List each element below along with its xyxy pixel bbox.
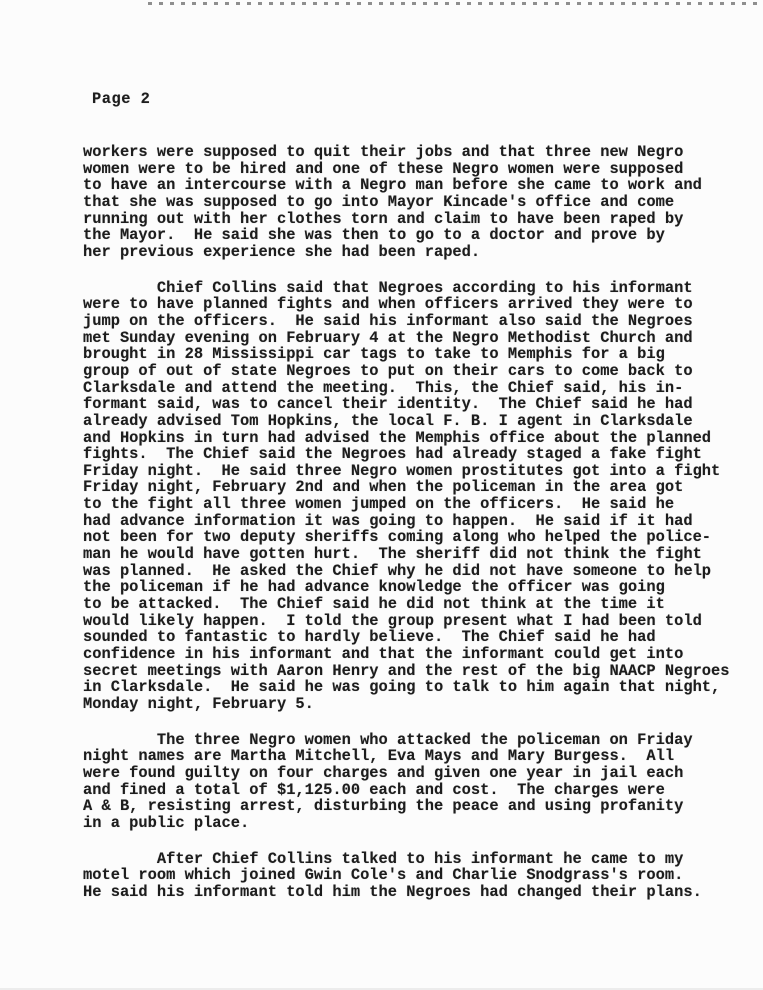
text-line: were found guilty on four charges and gi… [83, 765, 758, 782]
text-line: to have an intercourse with a Negro man … [83, 177, 758, 194]
scanned-document-page: Page 2 workers were supposed to quit the… [0, 0, 763, 990]
text-line: A & B, resisting arrest, disturbing the … [83, 798, 758, 815]
paragraph: After Chief Collins talked to his inform… [83, 851, 758, 901]
document-body: workers were supposed to quit their jobs… [83, 144, 758, 920]
text-line: jump on the officers. He said his inform… [83, 313, 758, 330]
text-line: and Hopkins in turn had advised the Memp… [83, 430, 758, 447]
text-line: had advance information it was going to … [83, 513, 758, 530]
text-line: night names are Martha Mitchell, Eva May… [83, 748, 758, 765]
text-line: fights. The Chief said the Negroes had a… [83, 446, 758, 463]
text-line: already advised Tom Hopkins, the local F… [83, 413, 758, 430]
paragraph: workers were supposed to quit their jobs… [83, 144, 758, 261]
text-line: secret meetings with Aaron Henry and the… [83, 663, 758, 680]
text-line: man he would have gotten hurt. The sheri… [83, 546, 758, 563]
text-line: Monday night, February 5. [83, 696, 758, 713]
text-line: Chief Collins said that Negroes accordin… [83, 280, 758, 297]
text-line: Friday night. He said three Negro women … [83, 463, 758, 480]
text-line: in a public place. [83, 815, 758, 832]
text-line: the policeman if he had advance knowledg… [83, 579, 758, 596]
text-line: and fined a total of $1,125.00 each and … [83, 782, 758, 799]
text-line: were to have planned fights and when off… [83, 296, 758, 313]
text-line: He said his informant told him the Negro… [83, 884, 758, 901]
text-line: formant said, was to cancel their identi… [83, 396, 758, 413]
text-line: workers were supposed to quit their jobs… [83, 144, 758, 161]
text-line: her previous experience she had been rap… [83, 244, 758, 261]
text-line: met Sunday evening on February 4 at the … [83, 330, 758, 347]
page-number-label: Page 2 [92, 90, 150, 108]
text-line: sounded to fantastic to hardly believe. … [83, 629, 758, 646]
paragraph: The three Negro women who attacked the p… [83, 732, 758, 832]
text-line: to the fight all three women jumped on t… [83, 496, 758, 513]
text-line: running out with her clothes torn and cl… [83, 211, 758, 228]
text-line: After Chief Collins talked to his inform… [83, 851, 758, 868]
text-line: not been for two deputy sheriffs coming … [83, 529, 758, 546]
text-line: Friday night, February 2nd and when the … [83, 479, 758, 496]
text-line: was planned. He asked the Chief why he d… [83, 563, 758, 580]
text-line: brought in 28 Mississippi car tags to ta… [83, 346, 758, 363]
paragraph: Chief Collins said that Negroes accordin… [83, 280, 758, 713]
text-line: would likely happen. I told the group pr… [83, 613, 758, 630]
text-line: the Mayor. He said she was then to go to… [83, 227, 758, 244]
text-line: women were to be hired and one of these … [83, 161, 758, 178]
text-line: confidence in his informant and that the… [83, 646, 758, 663]
text-line: to be attacked. The Chief said he did no… [83, 596, 758, 613]
text-line: motel room which joined Gwin Cole's and … [83, 867, 758, 884]
text-line: Clarksdale and attend the meeting. This,… [83, 380, 758, 397]
text-line: in Clarksdale. He said he was going to t… [83, 679, 758, 696]
perforation-dotted-line [148, 2, 763, 5]
text-line: The three Negro women who attacked the p… [83, 732, 758, 749]
text-line: that she was supposed to go into Mayor K… [83, 194, 758, 211]
text-line: group of out of state Negroes to put on … [83, 363, 758, 380]
